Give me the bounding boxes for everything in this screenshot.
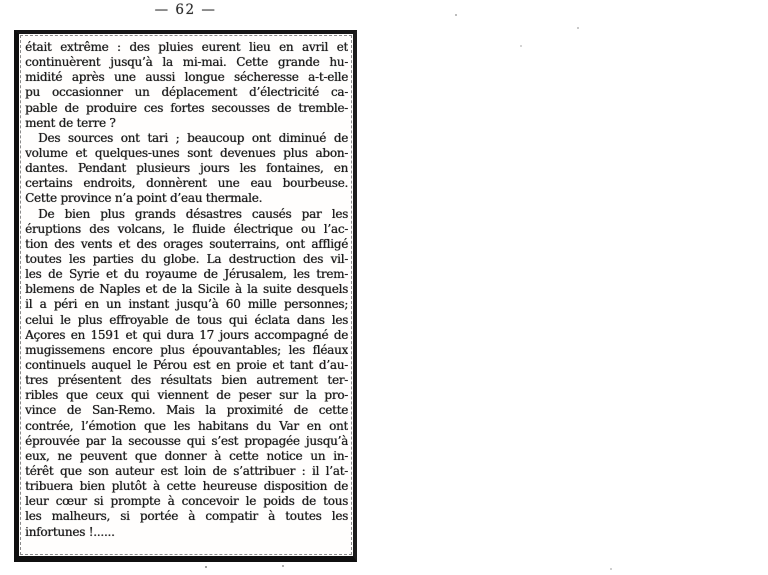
scanned-document-page: — 62 — était extrême : des pluies eurent… (0, 0, 768, 575)
text-line: ribles que ceux qui viennent de peser su… (25, 388, 348, 403)
text-line: pable de produire ces fortes secousses d… (25, 101, 348, 116)
text-line: leur cœur si prompte à concevoir le poid… (25, 494, 348, 509)
text-line: mugissemens encore plus épouvantables; l… (25, 343, 348, 358)
text-line: il a péri en un instant jusqu’à 60 mille… (25, 297, 348, 312)
text-line: toutes les parties du globe. La destruct… (25, 252, 348, 267)
text-line: éprouvée par la secousse qui s’est propa… (25, 434, 348, 449)
text-line: certains endroits, donnèrent une eau bou… (25, 176, 348, 191)
text-line: continuèrent jusqu’à la mi-mai. Cette gr… (25, 55, 348, 70)
text-line: Açores en 1591 et qui dura 17 jours acco… (25, 328, 348, 343)
text-line: vince de San-Remo. Mais la proximité de … (25, 403, 348, 418)
text-line: midité après une aussi longue sécheresse… (25, 70, 348, 85)
text-line: tres présentent des résultats bien autre… (25, 373, 348, 388)
text-line: Cette province n’a point d’eau thermale. (25, 191, 348, 206)
scan-noise (0, 0, 2, 2)
text-line: térêt que son auteur est loin de s’attri… (25, 464, 348, 479)
text-line: contrée, l’émotion que les habitans du V… (25, 419, 348, 434)
text-line: volume et quelques-unes sont devenues pl… (25, 146, 348, 161)
text-line: De bien plus grands désastres causés par… (25, 207, 348, 222)
text-line: pu occasionner un déplacement d’électric… (25, 85, 348, 100)
text-line: était extrême : des pluies eurent lieu e… (25, 40, 348, 55)
text-line: tion des vents et des orages souterrains… (25, 237, 348, 252)
text-line: tribuera bien plutôt à cette heureuse di… (25, 479, 348, 494)
text-column: était extrême : des pluies eurent lieu e… (25, 40, 348, 540)
text-line: dantes. Pendant plusieurs jours les font… (25, 161, 348, 176)
text-line: les malheurs, si portée à compatir à tou… (25, 509, 348, 524)
text-line: infortunes !...... (25, 525, 348, 540)
text-line: ment de terre ? (25, 116, 348, 131)
text-line: celui le plus effroyable de tous qui écl… (25, 313, 348, 328)
text-line: les de Syrie et du royaume de Jérusalem,… (25, 267, 348, 282)
text-line: eux, ne peuvent que donner à cette notic… (25, 449, 348, 464)
text-line: blemens de Naples et de la Sicile à la s… (25, 282, 348, 297)
text-line: éruptions des volcans, le fluide électri… (25, 222, 348, 237)
text-line: continuels auquel le Pérou est en proie … (25, 358, 348, 373)
page-number: — 62 — (14, 2, 357, 18)
text-line: Des sources ont tari ; beaucoup ont dimi… (25, 131, 348, 146)
text-frame: était extrême : des pluies eurent lieu e… (14, 30, 357, 562)
